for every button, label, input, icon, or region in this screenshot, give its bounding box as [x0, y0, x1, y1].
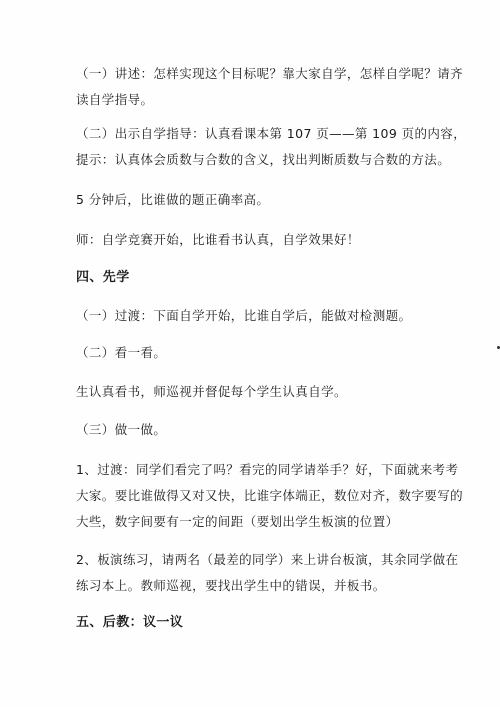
paragraph-line: （二）出示自学指导：认真看课本第 107 页——第 109 页的内容， [76, 126, 446, 142]
paragraph-line: 1、过渡：同学们看完了吗？看完的同学请举手？好，下面就来考考 [76, 462, 446, 478]
paragraph-line: 提示：认真体会质数与合数的含义，找出判断质数与合数的方法。 [76, 152, 446, 168]
paragraph-line: 读自学指导。 [76, 92, 446, 108]
paragraph-line: 5 分钟后，比谁做的题正确率高。 [76, 192, 446, 208]
paragraph-line: （二）看一看。 [76, 345, 446, 361]
document-page: （一）讲述：怎样实现这个目标呢？靠大家自学，怎样自学呢？请齐 读自学指导。 （二… [0, 0, 500, 707]
paragraph-line: 大些，数字间要有一定的间距（要划出学生板演的位置） [76, 514, 446, 530]
paragraph-line: （一）讲述：怎样实现这个目标呢？靠大家自学，怎样自学呢？请齐 [76, 66, 446, 82]
paragraph-line: （三）做一做。 [76, 422, 446, 438]
paragraph-line: （一）过渡：下面自学开始，比谁自学后，能做对检测题。 [76, 308, 446, 324]
section-heading: 五、后教：议一议 [76, 615, 446, 631]
paragraph-line: 2、板演练习，请两名（最差的同学）来上讲台板演，其余同学做在 [76, 552, 446, 568]
paragraph-line: 师：自学竞赛开始，比谁看书认真，自学效果好！ [76, 232, 446, 248]
section-heading: 四、先学 [76, 270, 446, 286]
paragraph-line: 大家。要比谁做得又对又快，比谁字体端正，数位对齐，数字要写的 [76, 488, 446, 504]
paragraph-line: 练习本上。教师巡视，要找出学生中的错误，并板书。 [76, 578, 446, 594]
paragraph-line: 生认真看书，师巡视并督促每个学生认真自学。 [76, 384, 446, 400]
